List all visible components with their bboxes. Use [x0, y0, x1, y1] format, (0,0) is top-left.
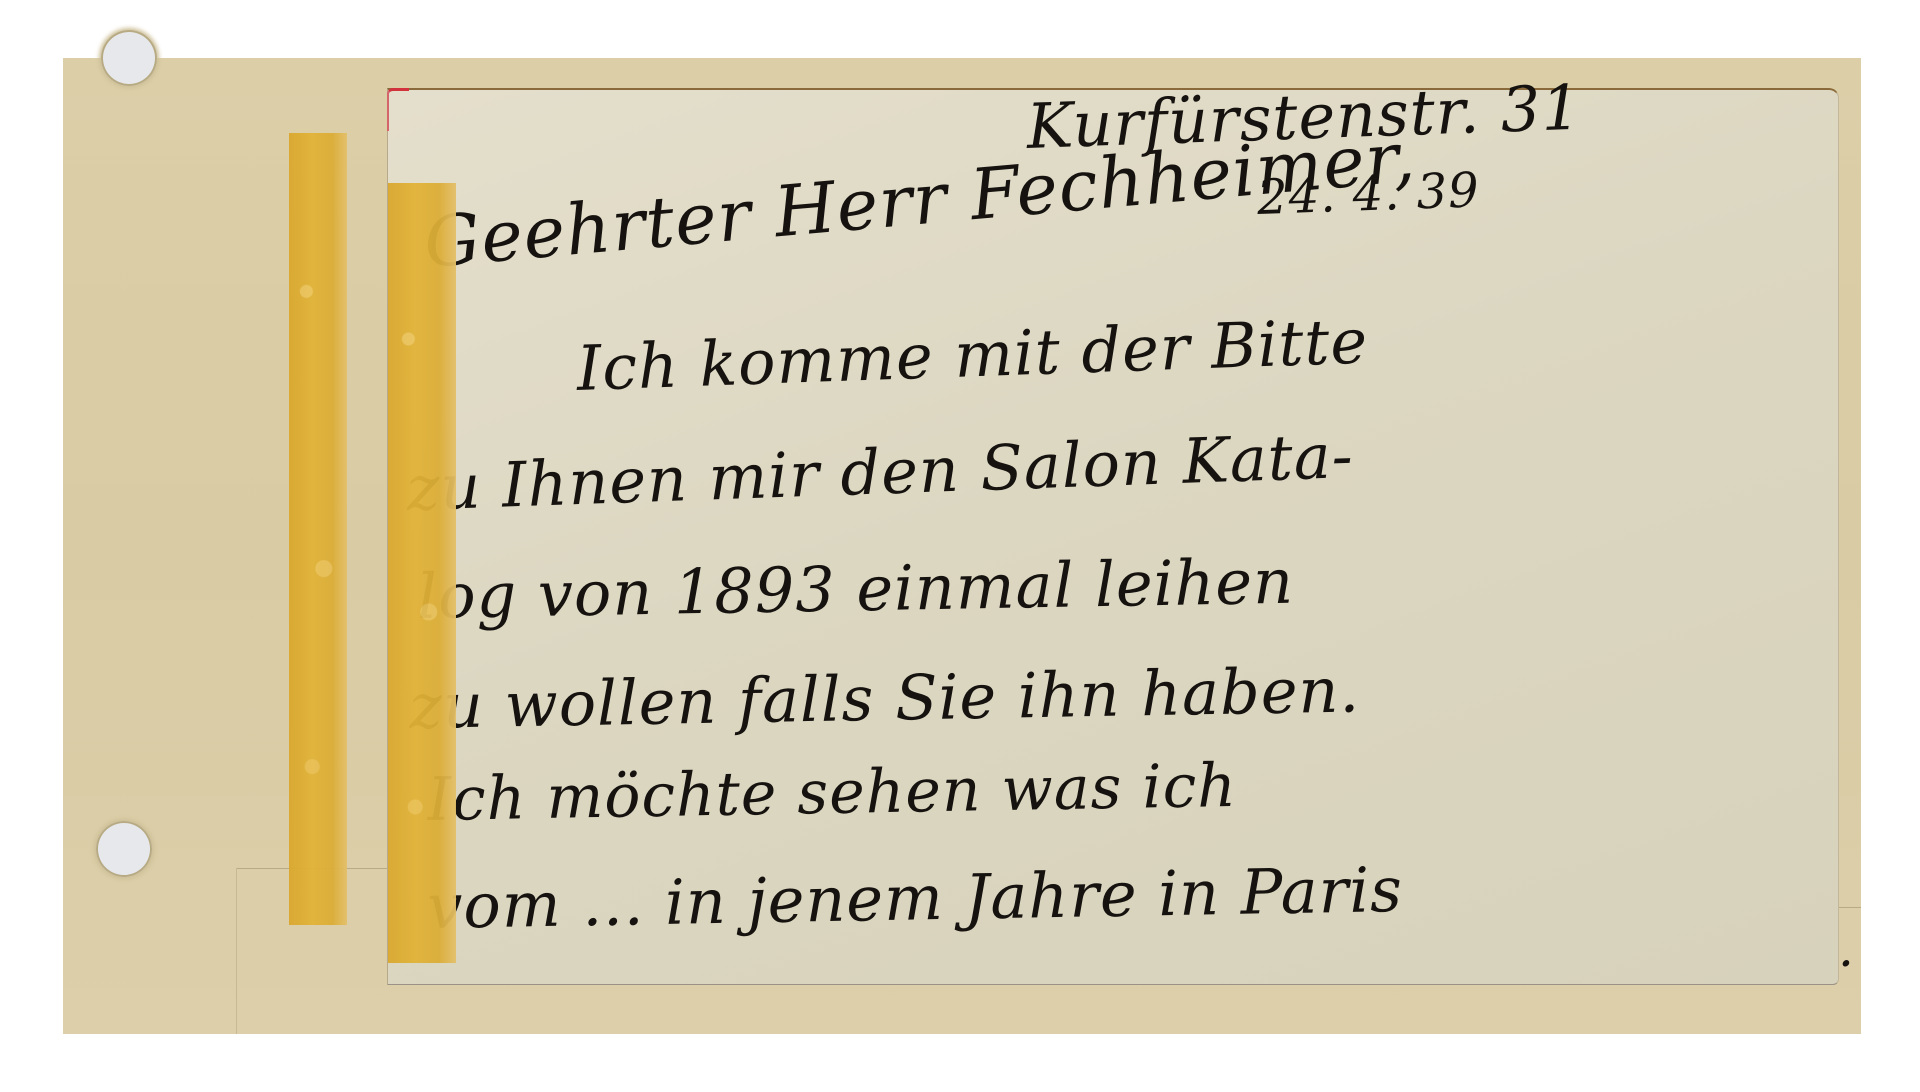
body-line-3: log von 1893 einmal leihen	[417, 545, 1295, 633]
underlying-sheet-vedge	[236, 868, 237, 1034]
salutation: Geehrter Herr Fechheimer,	[421, 116, 1419, 284]
body-line-4: zu wollen falls Sie ihn haben.	[409, 653, 1361, 743]
right-sheet-edge	[1837, 907, 1861, 908]
punch-hole-top	[101, 30, 157, 86]
body-line-5: Ich möchte sehen was ich	[427, 751, 1238, 835]
body-line-6: vom ... in jenem Jahre in Paris	[427, 853, 1404, 943]
tape-strip-inner	[388, 183, 456, 963]
body-line-1: Ich komme mit der Bitte	[575, 304, 1369, 405]
trailing-dot-mark: .	[1838, 920, 1855, 978]
body-line-2: zu Ihnen mir den Salon Kata-	[405, 419, 1354, 525]
punch-hole-bottom	[96, 821, 152, 877]
red-corner-mark	[387, 88, 409, 131]
tape-strip-outer	[289, 133, 347, 925]
postcard: Kurfürstenstr. 31 24. 4. 39 Geehrter Her…	[387, 88, 1839, 985]
